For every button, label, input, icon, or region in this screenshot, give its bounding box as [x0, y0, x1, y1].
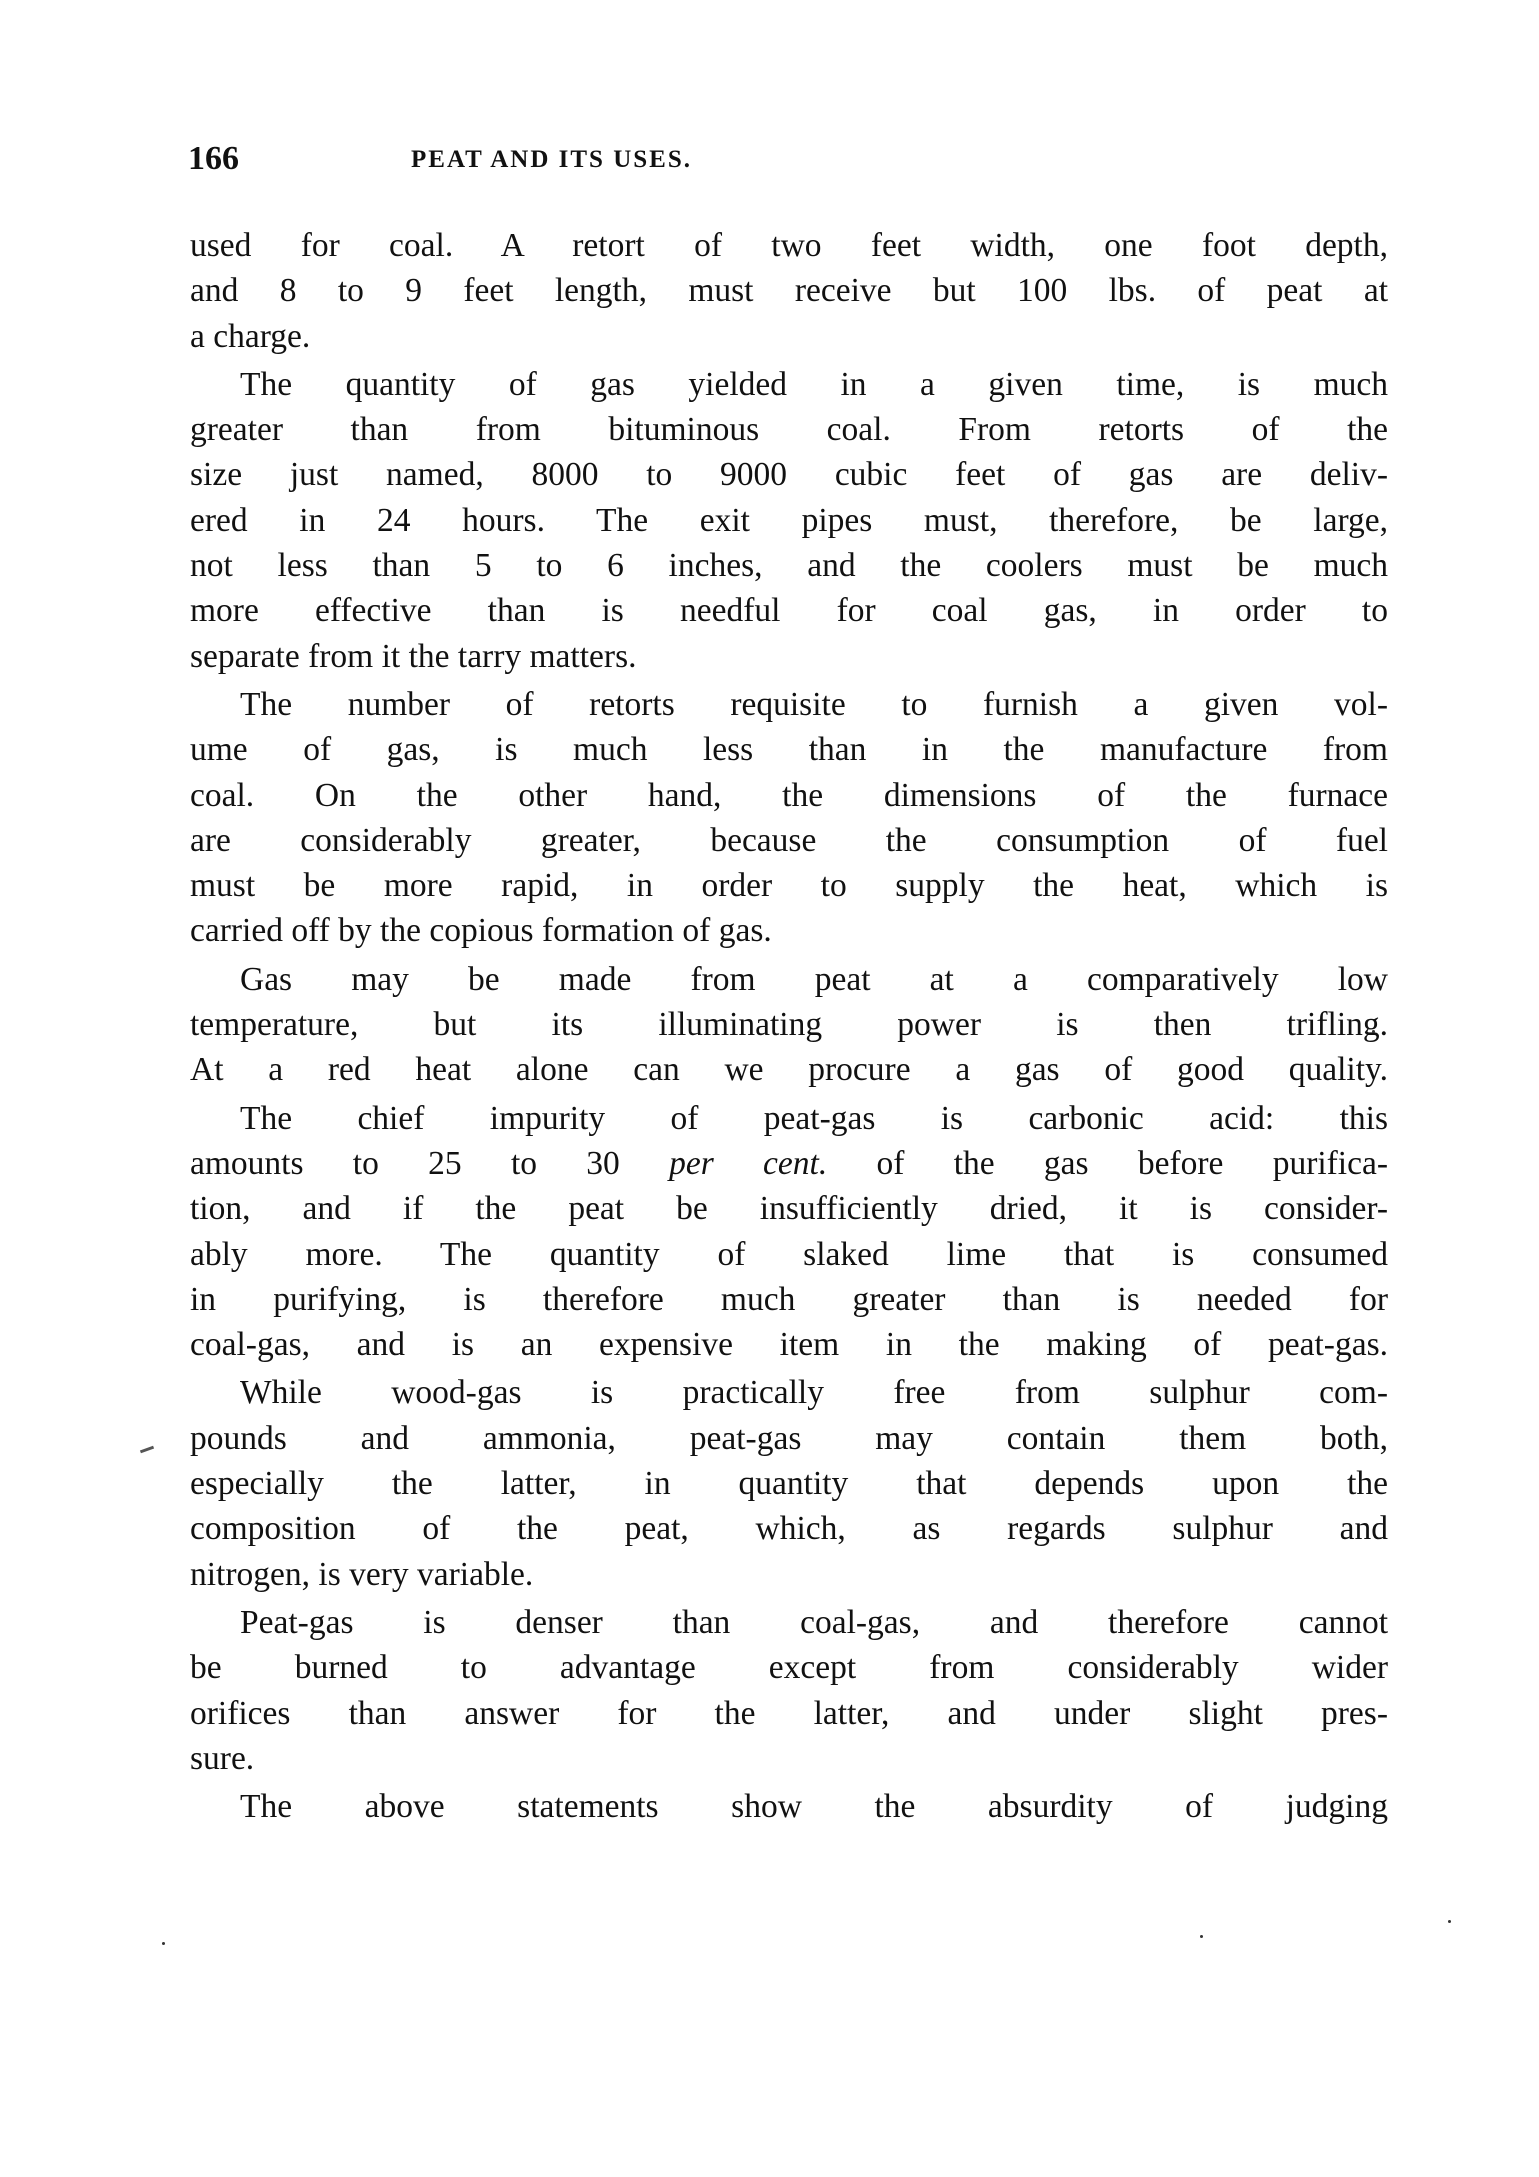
text-line: Peat-gas is denser than coal-gas, and th… [190, 1600, 1388, 1645]
text-line: a charge. [190, 314, 1388, 359]
text-line: be burned to advantage except from consi… [190, 1645, 1388, 1690]
running-head: 166 PEAT AND ITS USES. [188, 140, 1388, 190]
text-line: sure. [190, 1736, 1388, 1781]
body-text: used for coal. A retort of two feet widt… [190, 223, 1388, 1829]
text-line: The above statements show the absurdity … [190, 1784, 1388, 1829]
text-line: ume of gas, is much less than in the man… [190, 727, 1388, 772]
text-line: At a red heat alone can we procure a gas… [190, 1047, 1388, 1092]
text-line: used for coal. A retort of two feet widt… [190, 223, 1388, 268]
text-line: tion, and if the peat be insufficiently … [190, 1186, 1388, 1231]
text-line: amounts to 25 to 30 per cent. of the gas… [190, 1141, 1388, 1186]
text-line: The chief impurity of peat-gas is carbon… [190, 1096, 1388, 1141]
text-segment: of the gas before purifica- [877, 1145, 1389, 1182]
text-line: coal-gas, and is an expensive item in th… [190, 1322, 1388, 1367]
paragraph-3: The number of retorts requisite to furni… [190, 682, 1388, 954]
paragraph-8: The above statements show the absurdity … [190, 1784, 1388, 1829]
text-segment: amounts to 25 to 30 [190, 1145, 669, 1182]
text-line: must be more rapid, in order to supply t… [190, 863, 1388, 908]
paragraph-4: Gas may be made from peat at a comparati… [190, 957, 1388, 1093]
page-number: 166 [188, 140, 239, 178]
text-line: While wood-gas is practically free from … [190, 1370, 1388, 1415]
text-line: size just named, 8000 to 9000 cubic feet… [190, 452, 1388, 497]
text-line: The number of retorts requisite to furni… [190, 682, 1388, 727]
text-line: are considerably greater, because the co… [190, 818, 1388, 863]
text-line: ably more. The quantity of slaked lime t… [190, 1232, 1388, 1277]
scan-speck [162, 1942, 165, 1945]
scan-speck [1372, 1030, 1375, 1033]
text-line: especially the latter, in quantity that … [190, 1461, 1388, 1506]
text-line: greater than from bituminous coal. From … [190, 407, 1388, 452]
text-line: ered in 24 hours. The exit pipes must, t… [190, 498, 1388, 543]
text-line: separate from it the tarry matters. [190, 634, 1388, 679]
italic-phrase: per cent. [669, 1145, 827, 1182]
paragraph-5: The chief impurity of peat-gas is carbon… [190, 1096, 1388, 1368]
paragraph-2: The quantity of gas yielded in a given t… [190, 362, 1388, 679]
text-line: The quantity of gas yielded in a given t… [190, 362, 1388, 407]
text-line: in purifying, is therefore much greater … [190, 1277, 1388, 1322]
paragraph-1: used for coal. A retort of two feet widt… [190, 223, 1388, 359]
paragraph-7: Peat-gas is denser than coal-gas, and th… [190, 1600, 1388, 1781]
text-line: pounds and ammonia, peat-gas may contain… [190, 1416, 1388, 1461]
paragraph-6: While wood-gas is practically free from … [190, 1370, 1388, 1596]
book-page: 166 PEAT AND ITS USES. used for coal. A … [0, 0, 1539, 2177]
text-line: and 8 to 9 feet length, must receive but… [190, 268, 1388, 313]
text-line: nitrogen, is very variable. [190, 1552, 1388, 1597]
text-line: Gas may be made from peat at a comparati… [190, 957, 1388, 1002]
text-line: not less than 5 to 6 inches, and the coo… [190, 543, 1388, 588]
scan-speck [1200, 1935, 1203, 1938]
text-line: orifices than answer for the latter, and… [190, 1691, 1388, 1736]
scan-speck [1448, 1920, 1451, 1923]
text-line: more effective than is needful for coal … [190, 588, 1388, 633]
running-title: PEAT AND ITS USES. [411, 146, 692, 174]
margin-mark [140, 1446, 154, 1454]
text-line: temperature, but its illuminating power … [190, 1002, 1388, 1047]
text-line: carried off by the copious formation of … [190, 908, 1388, 953]
text-line: composition of the peat, which, as regar… [190, 1506, 1388, 1551]
text-line: coal. On the other hand, the dimensions … [190, 773, 1388, 818]
